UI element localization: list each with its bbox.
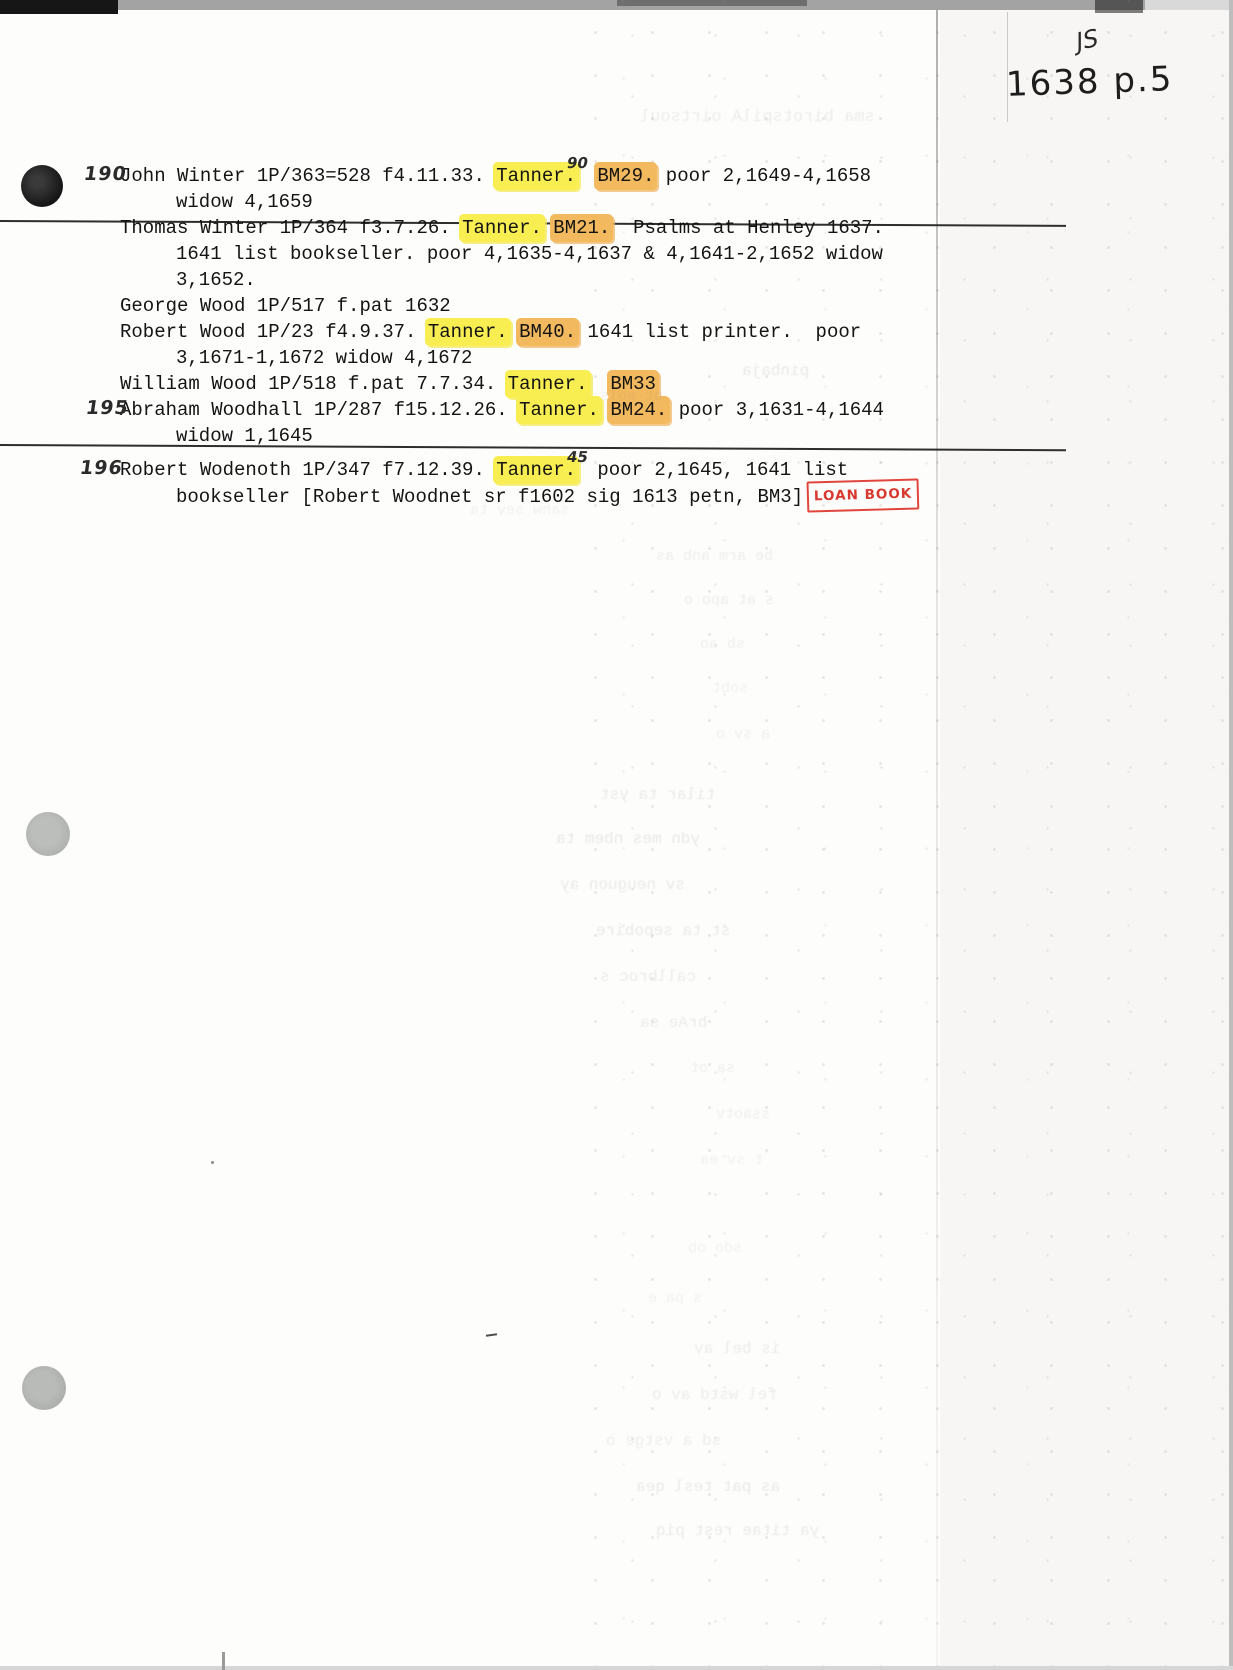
typed-text-segment: Thomas Winter 1P/364 f3.7.26. (120, 217, 462, 239)
typed-line: 196Robert Wodenoth 1P/347 f7.12.39. Tann… (120, 457, 920, 483)
handwritten-line-number: 196 (78, 455, 124, 481)
typed-line: 1641 list bookseller. poor 4,1635-4,1637… (120, 241, 920, 267)
bleedthrough-text: fel wstd av o (652, 1386, 777, 1404)
highlight-orange: BM21. (553, 217, 610, 239)
typed-text-segment: Psalms at Henley 1637. (610, 217, 884, 239)
bleedthrough-text: a sv o (716, 726, 770, 743)
bleedthrough-text: sd a vstge o (606, 1432, 721, 1450)
typed-line: bookseller [Robert Woodnet sr f1602 sig … (120, 483, 920, 509)
bleedthrough-text: st ta sepobire (596, 922, 730, 940)
highlight-orange: BM24. (610, 399, 667, 421)
typed-text-segment: Robert Wodenoth 1P/347 f7.12.39. (120, 459, 496, 481)
stray-ink-dot (211, 1161, 214, 1164)
punch-hole-top (21, 165, 63, 207)
handwritten-line-number: 190 (82, 161, 128, 187)
stray-pen-dash (486, 1333, 497, 1337)
typed-text-segment: William Wood 1P/518 f.pat 7.7.34. (120, 373, 508, 395)
scan-bottom-tick-mark (222, 1652, 225, 1670)
typed-line: William Wood 1P/518 f.pat 7.7.34. Tanner… (120, 371, 920, 397)
highlight-yellow: Tanner. (496, 459, 576, 481)
bleedthrough-text: be arm anb as (656, 548, 773, 565)
typed-text-segment: Robert Wood 1P/23 f4.9.37. (120, 321, 428, 343)
typed-text-segment: bookseller [Robert Woodnet sr f1602 sig … (176, 486, 803, 508)
bleedthrough-text: s pa e (648, 1290, 702, 1307)
highlight-orange: BM29. (597, 165, 654, 187)
bleedthrough-text: as pat tesl qea (636, 1478, 780, 1496)
handwritten-loan-book-annotation: LOAN BOOK (807, 478, 920, 512)
typed-text-segment: poor 3,1631-4,1644 (667, 399, 884, 421)
typed-text-segment (542, 217, 553, 239)
punch-hole-bottom (22, 1366, 66, 1410)
typed-line: widow 4,1659 (120, 189, 920, 215)
highlight-yellow: Tanner. (462, 217, 542, 239)
bleedthrough-text: s at apo o (684, 592, 774, 609)
typed-text-segment: 1641 list printer. poor (576, 321, 861, 343)
typed-text-segment: poor 2,1649-4,1658 (654, 165, 871, 187)
handwritten-initials: JS (1076, 23, 1098, 56)
highlight-yellow: Tanner. (428, 321, 508, 343)
typed-text-segment (586, 165, 597, 187)
highlight-yellow: Tanner. (508, 373, 588, 395)
typed-text-segment: widow 4,1659 (176, 191, 313, 213)
highlight-yellow: Tanner. (496, 165, 576, 187)
bleedthrough-text: sma birotspilA oirtsoul (640, 108, 875, 127)
scanned-document-page: JS 1638 p.5 190John Winter 1P/363=528 f4… (0, 0, 1233, 1670)
scan-right-edge (1229, 0, 1233, 1670)
typed-line: widow 1,1645 (120, 423, 920, 449)
highlight-orange: BM40. (519, 321, 576, 343)
typed-text-segment: Abraham Woodhall 1P/287 f15.12.26. (120, 399, 519, 421)
typed-text-segment: 1641 list bookseller. poor 4,1635-4,1637… (176, 243, 883, 265)
typed-text-segment: George Wood 1P/517 f.pat 1632 (120, 295, 451, 317)
bleedthrough-text: is bel av (694, 1340, 780, 1358)
typed-text-segment: 3,1652. (176, 269, 256, 291)
typed-line: 195Abraham Woodhall 1P/287 f15.12.26. Ta… (120, 397, 920, 423)
typed-text-segment: John Winter 1P/363=528 f4.11.33. (120, 165, 496, 187)
typed-line: 190John Winter 1P/363=528 f4.11.33. Tann… (120, 163, 920, 189)
scan-bottom-edge (0, 1666, 1233, 1670)
typed-line: George Wood 1P/517 f.pat 1632 (120, 293, 920, 319)
bleedthrough-text: ydn mes nbem ta (556, 830, 700, 848)
typed-line: Robert Wood 1P/23 f4.9.37. Tanner. BM40.… (120, 319, 920, 345)
scan-top-edge-light-right (1145, 0, 1233, 10)
typed-text-segment: poor 2,1645, 1641 list (586, 459, 848, 481)
typed-text-segment: widow 1,1645 (176, 425, 313, 447)
highlight-orange: BM33 (610, 373, 656, 395)
bleedthrough-text: sdo ob (688, 1240, 742, 1257)
bleedthrough-text: ya titae rest piq (656, 1522, 819, 1540)
scan-top-edge-dark-left (0, 0, 118, 14)
bleedthrough-text: sa ot (690, 1060, 735, 1077)
paper-fold-crease (936, 10, 938, 1670)
handwritten-line-number: 195 (84, 395, 130, 421)
bleedthrough-text: callbroc s (600, 968, 696, 986)
scan-top-edge-dark-mid (617, 0, 807, 6)
punch-hole-middle (26, 812, 70, 856)
highlight-yellow: Tanner. (519, 399, 599, 421)
bleedthrough-text: ssaotv (716, 1106, 770, 1123)
bleedthrough-text: sb ao (700, 636, 745, 653)
typed-text-block: 190John Winter 1P/363=528 f4.11.33. Tann… (120, 163, 920, 509)
bleedthrough-text: t sv ea (700, 1152, 763, 1169)
bleedthrough-text: brAe sa (640, 1014, 707, 1032)
paper-right-tint (940, 10, 1233, 1670)
bleedthrough-text: sv neuguon ay (560, 876, 685, 894)
typed-text-segment: 3,1671-1,1672 widow 4,1672 (176, 347, 472, 369)
typed-text-segment (588, 373, 611, 395)
typed-line: 3,1671-1,1672 widow 4,1672 (120, 345, 920, 371)
bleedthrough-text: tilar ta yst (600, 786, 715, 804)
typed-line: Thomas Winter 1P/364 f3.7.26. Tanner. BM… (120, 215, 920, 241)
typed-text-segment (508, 321, 519, 343)
typed-text-segment (599, 399, 610, 421)
typed-line: 3,1652. (120, 267, 920, 293)
handwritten-page-number: 1638 p.5 (1005, 59, 1174, 105)
bleedthrough-text: sobt (712, 680, 748, 697)
